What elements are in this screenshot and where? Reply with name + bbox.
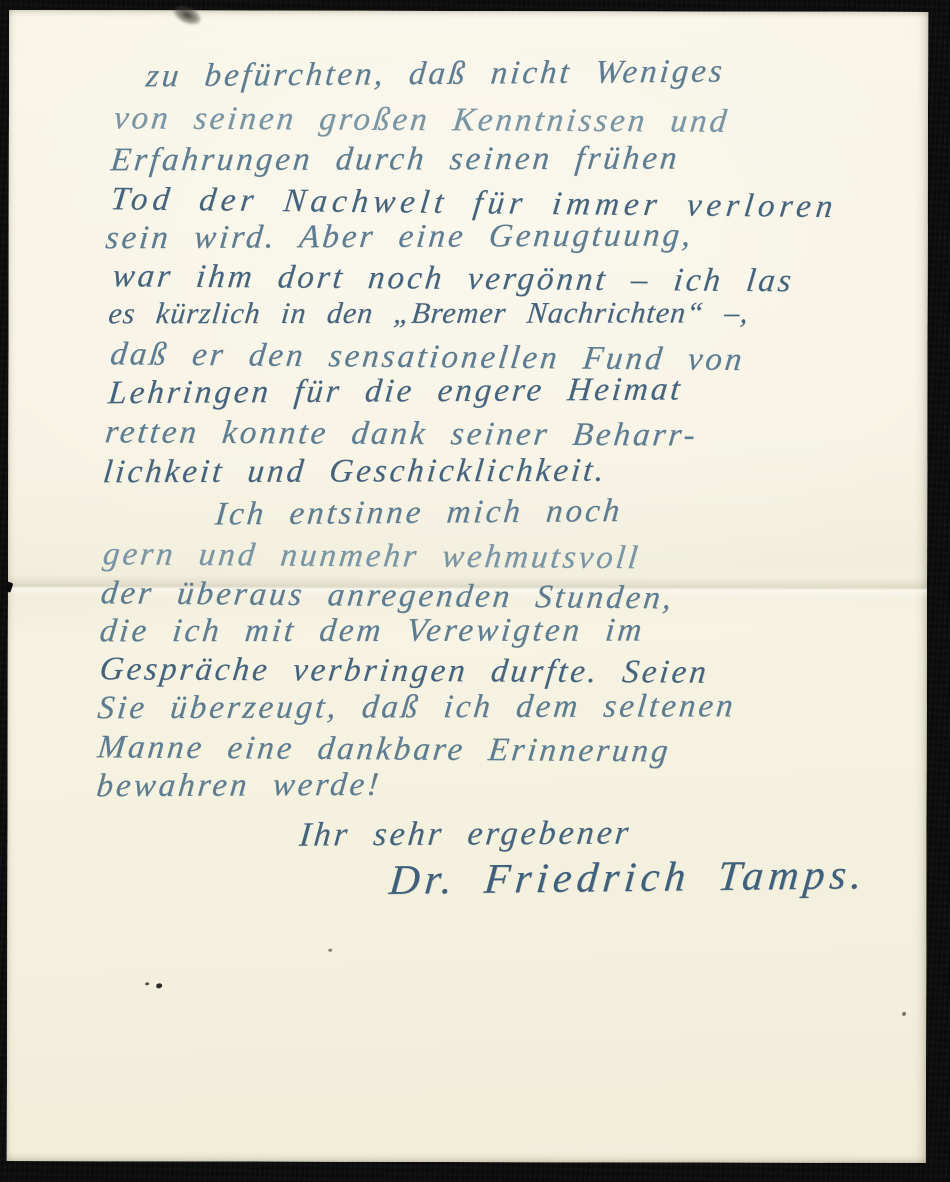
- handwritten-line: Manne eine dankbare Erinnerung: [96, 729, 673, 770]
- handwritten-line: von seinen großen Kenntnissen und: [112, 100, 731, 140]
- handwritten-line: die ich mit dem Verewigten im: [98, 612, 646, 650]
- smudge-mark: [164, 0, 209, 37]
- ink-speck: [156, 983, 162, 988]
- handwritten-line: lichkeit und Geschicklichkeit.: [101, 453, 608, 492]
- handwritten-line: Ich entsinne mich noch: [213, 493, 624, 533]
- letter-page: zu befürchten, daß nicht Weniges von sei…: [7, 10, 928, 1163]
- handwritten-line: Sie überzeugt, daß ich dem seltenen: [96, 688, 738, 727]
- scan-background: { "colors": { "background": "#0b0b0b", "…: [0, 0, 950, 1182]
- ink-speck: [328, 949, 332, 952]
- ink-speck: [145, 982, 149, 985]
- handwritten-line: zu befürchten, daß nicht Weniges: [144, 53, 726, 95]
- closing-line: Ihr sehr ergebener: [298, 814, 633, 854]
- handwritten-line: es kürzlich in den „Bremer Nachrichten“ …: [107, 296, 751, 331]
- handwritten-line: Lehringen für die engere Heimat: [107, 371, 685, 412]
- handwritten-line: war ihm dort noch vergönnt – ich las: [111, 258, 796, 300]
- handwritten-line: Erfahrungen durch seinen frühen: [109, 140, 681, 179]
- handwritten-line: sein wird. Aber eine Genugtuung,: [104, 217, 695, 257]
- signature-line: Dr. Friedrich Tamps.: [387, 851, 869, 905]
- handwritten-line: Gespräche verbringen durfte. Seien: [98, 651, 711, 691]
- handwritten-line: der überaus anregenden Stunden,: [99, 575, 676, 617]
- handwritten-line: retten konnte dank seiner Beharr-: [103, 414, 699, 454]
- ink-speck: [902, 1012, 906, 1016]
- handwritten-line: bewahren werde!: [95, 767, 383, 805]
- handwritten-line: gern und nunmehr wehmutsvoll: [101, 536, 642, 577]
